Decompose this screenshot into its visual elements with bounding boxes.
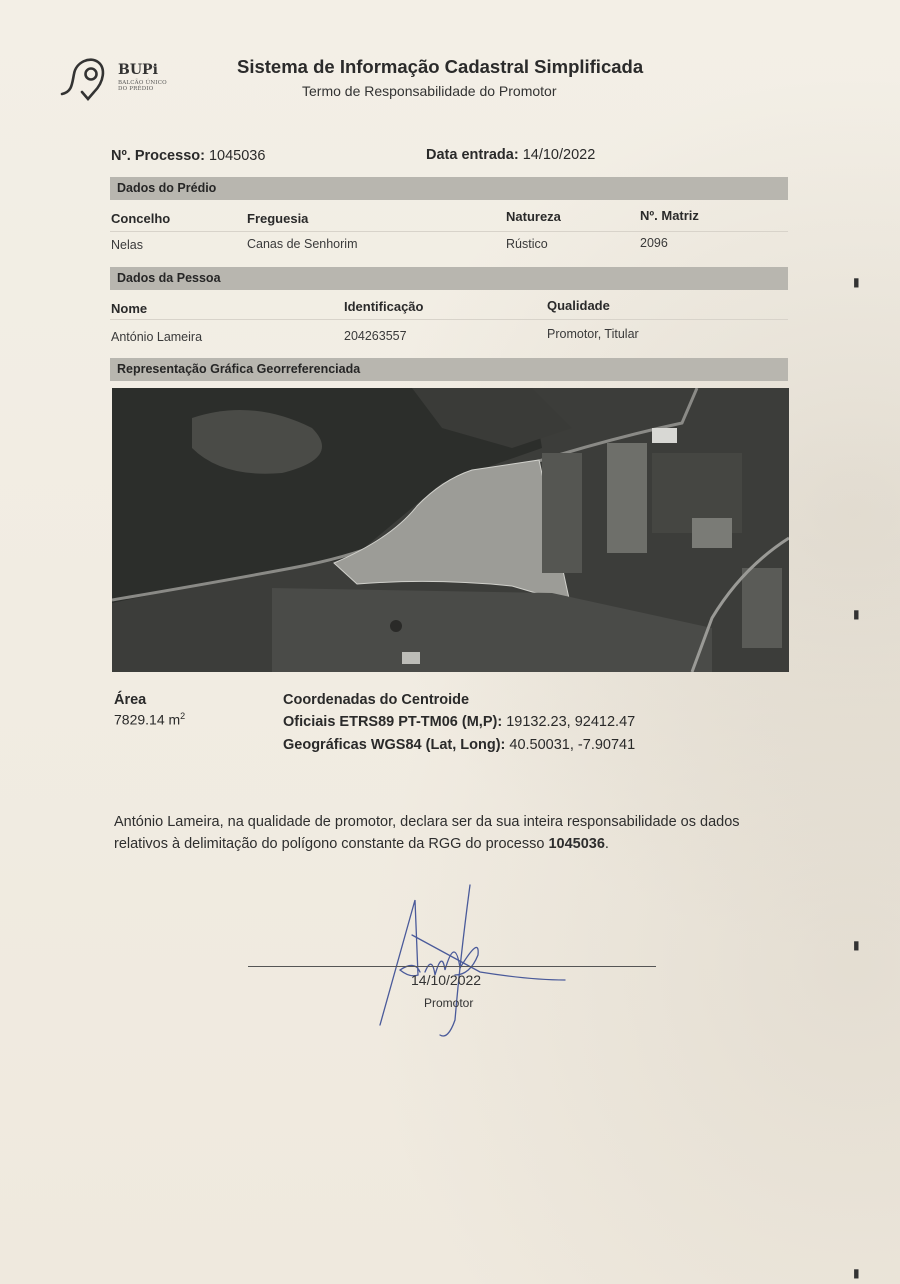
value-freguesia: Canas de Senhorim (247, 237, 357, 251)
page-subtitle: Termo de Responsabilidade do Promotor (302, 83, 556, 99)
area-label: Área (114, 692, 146, 708)
entry-date-label: Data entrada: (426, 147, 519, 163)
area-value: 7829.14 m2 (114, 711, 185, 728)
process-number: Nº. Processo: 1045036 (111, 148, 265, 164)
process-number-value: 1045036 (209, 148, 265, 164)
col-natureza: Natureza (506, 209, 561, 224)
declaration-process: 1045036 (548, 836, 604, 852)
geographic-coordinates-label: Geográficas WGS84 (Lat, Long): (283, 737, 505, 753)
centroid-heading: Coordenadas do Centroide (283, 692, 469, 708)
margin-mark: ▮ (853, 607, 860, 621)
value-matriz: 2096 (640, 236, 668, 250)
entry-date-value: 14/10/2022 (523, 147, 596, 163)
official-coordinates-label: Oficiais ETRS89 PT-TM06 (M,P): (283, 714, 502, 730)
section-header-rgg: Representação Gráfica Georreferenciada (110, 358, 788, 381)
col-freguesia: Freguesia (247, 211, 308, 226)
margin-mark: ▮ (853, 275, 860, 289)
col-qualidade: Qualidade (547, 298, 610, 313)
section-title: Dados do Prédio (117, 181, 216, 195)
signature-role: Promotor (424, 996, 473, 1010)
bupi-logo: BUPi BALCÃO ÚNICO DO PRÉDIO (58, 54, 178, 104)
value-identificacao: 204263557 (344, 329, 407, 343)
signature-date: 14/10/2022 (411, 972, 481, 988)
declaration-end: . (605, 836, 609, 852)
col-nome: Nome (111, 301, 147, 316)
declaration-body: António Lameira, na qualidade de promoto… (114, 814, 740, 852)
section-title: Representação Gráfica Georreferenciada (117, 362, 360, 376)
col-identificacao: Identificação (344, 299, 423, 314)
signature-line (248, 966, 656, 967)
value-concelho: Nelas (111, 238, 143, 252)
area-number: 7829.14 m (114, 712, 180, 728)
section-title: Dados da Pessoa (117, 271, 221, 285)
entry-date: Data entrada: 14/10/2022 (426, 147, 595, 163)
col-concelho: Concelho (111, 211, 170, 226)
area-unit-exponent: 2 (180, 711, 185, 721)
official-coordinates-value: 19132.23, 92412.47 (502, 714, 635, 730)
page-title: Sistema de Informação Cadastral Simplifi… (237, 56, 643, 78)
handwritten-signature (370, 880, 570, 1050)
logo-tagline: BALCÃO ÚNICO DO PRÉDIO (118, 80, 178, 92)
value-nome: António Lameira (111, 330, 202, 344)
col-matriz: Nº. Matriz (640, 208, 699, 223)
value-qualidade: Promotor, Titular (547, 327, 639, 341)
official-coordinates: Oficiais ETRS89 PT-TM06 (M,P): 19132.23,… (283, 714, 635, 730)
location-pin-icon (58, 54, 114, 104)
margin-mark: ▮ (853, 938, 860, 952)
divider (110, 231, 788, 232)
section-header-predio: Dados do Prédio (110, 177, 788, 200)
geographic-coordinates-value: 40.50031, -7.90741 (505, 737, 635, 753)
section-header-pessoa: Dados da Pessoa (110, 267, 788, 290)
logo-brand: BUPi (118, 62, 158, 78)
declaration-text: António Lameira, na qualidade de promoto… (114, 811, 774, 855)
process-number-label: Nº. Processo: (111, 148, 205, 164)
margin-mark: ▮ (853, 1266, 860, 1280)
aerial-parcel-map (112, 388, 789, 672)
document-page: BUPi BALCÃO ÚNICO DO PRÉDIO Sistema de I… (0, 0, 900, 1284)
value-natureza: Rústico (506, 237, 548, 251)
divider (110, 319, 788, 320)
geographic-coordinates: Geográficas WGS84 (Lat, Long): 40.50031,… (283, 737, 635, 753)
